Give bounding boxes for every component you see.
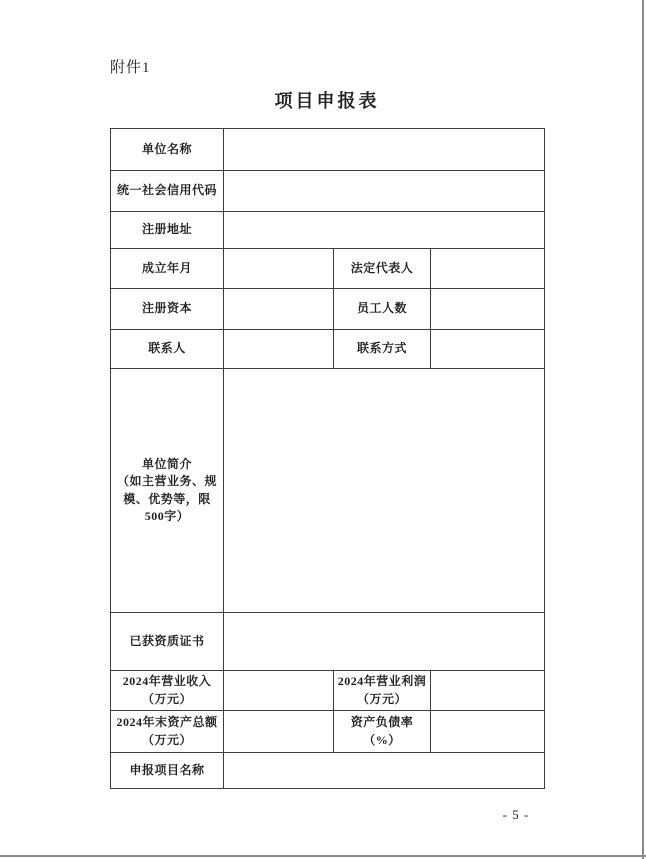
legal-representative-value-cell <box>431 249 545 289</box>
table-row-credit-code: 统一社会信用代码 <box>111 171 545 212</box>
qualification-certificates-label: 已获资质证书 <box>111 613 224 671</box>
unit-introduction-label: 单位简介 （如主营业务、规模、优势等，限500字） <box>111 369 224 613</box>
contact-method-label: 联系方式 <box>334 330 431 369</box>
page-title: 项目申报表 <box>110 91 544 111</box>
qualification-certificates-value-cell <box>224 613 545 671</box>
project-application-form-table: 单位名称 统一社会信用代码 注册地址 成立年月 法定代表人 注册资本 员工人数 <box>110 128 545 789</box>
table-row-registered-capital-employees: 注册资本 员工人数 <box>111 289 545 330</box>
employee-count-value-cell <box>431 289 545 330</box>
debt-ratio-label: 资产负债率（%） <box>334 711 431 753</box>
scan-edge-right <box>642 0 644 859</box>
table-row-total-assets-debt-ratio: 2024年末资产总额 （万元） 资产负债率（%） <box>111 711 545 753</box>
total-assets-2024-label: 2024年末资产总额 （万元） <box>111 711 224 753</box>
credit-code-value-cell <box>224 171 545 212</box>
attachment-label: 附件1 <box>110 56 151 77</box>
credit-code-label: 统一社会信用代码 <box>111 171 224 212</box>
table-row-2024-revenue-profit: 2024年营业收入 （万元） 2024年营业利润 （万元） <box>111 671 545 711</box>
revenue-2024-value-cell <box>224 671 334 711</box>
unit-name-value-cell <box>224 129 545 171</box>
project-name-value-cell <box>224 753 545 789</box>
revenue-2024-label: 2024年营业收入 （万元） <box>111 671 224 711</box>
total-assets-2024-value-cell <box>224 711 334 753</box>
table-row-contact: 联系人 联系方式 <box>111 330 545 369</box>
employee-count-label: 员工人数 <box>334 289 431 330</box>
project-name-label: 申报项目名称 <box>111 753 224 789</box>
contact-person-value-cell <box>224 330 334 369</box>
table-row-qualification-certificates: 已获资质证书 <box>111 613 545 671</box>
unit-introduction-value-cell <box>224 369 545 613</box>
page-number: - 5 - <box>476 807 556 823</box>
table-row-unit-introduction: 单位简介 （如主营业务、规模、优势等，限500字） <box>111 369 545 613</box>
contact-method-value-cell <box>431 330 545 369</box>
table-row-project-name: 申报项目名称 <box>111 753 545 789</box>
unit-name-label: 单位名称 <box>111 129 224 171</box>
legal-representative-label: 法定代表人 <box>334 249 431 289</box>
establish-date-label: 成立年月 <box>111 249 224 289</box>
scanned-document-page: 附件1 项目申报表 单位名称 统一社会信用代码 注册地址 成立年月 法定代表人 <box>0 0 646 859</box>
registered-capital-value-cell <box>224 289 334 330</box>
registered-address-value-cell <box>224 212 545 249</box>
debt-ratio-value-cell <box>431 711 545 753</box>
scan-edge-bottom <box>0 855 646 857</box>
profit-2024-label: 2024年营业利润 （万元） <box>334 671 431 711</box>
table-row-registered-address: 注册地址 <box>111 212 545 249</box>
contact-person-label: 联系人 <box>111 330 224 369</box>
profit-2024-value-cell <box>431 671 545 711</box>
registered-address-label: 注册地址 <box>111 212 224 249</box>
table-row-establish-date-legal-rep: 成立年月 法定代表人 <box>111 249 545 289</box>
table-row-unit-name: 单位名称 <box>111 129 545 171</box>
registered-capital-label: 注册资本 <box>111 289 224 330</box>
establish-date-value-cell <box>224 249 334 289</box>
